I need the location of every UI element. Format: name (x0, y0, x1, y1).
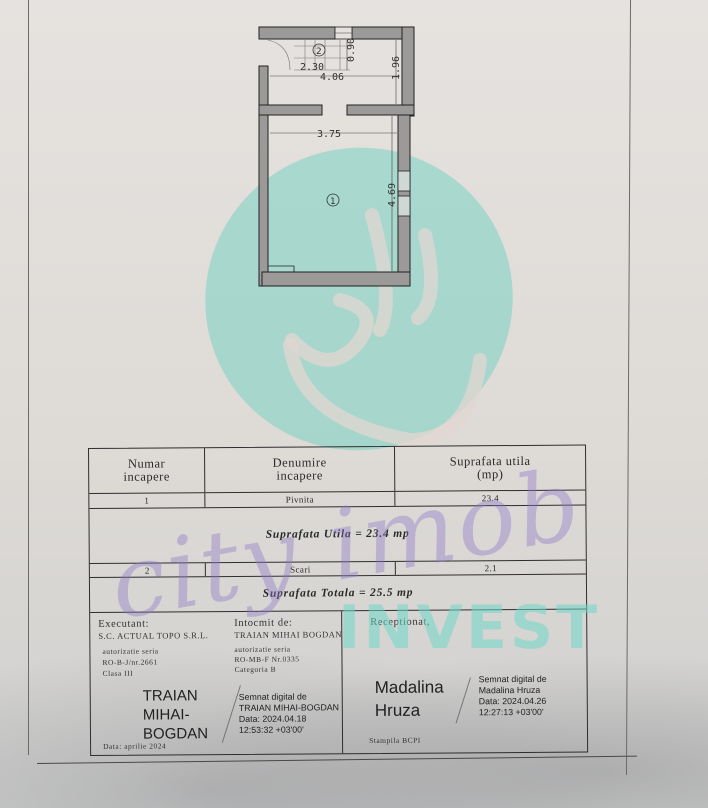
room-2-label: 2 (316, 47, 322, 57)
executant-class: Clasa III (103, 668, 134, 679)
intocmit-name: TRAIAN MIHAI BOGDAN (234, 629, 342, 641)
intocmit-category: Categoria B (235, 664, 277, 675)
executant-auth-number: RO-B-J/nr.2661 (102, 657, 157, 668)
watermark-brand-invest: INVEST (338, 598, 600, 658)
intocmit-block: Intocmit de: TRAIAN MIHAI BOGDAN autoriz… (214, 611, 343, 754)
receptionat-digital-line4: 12:27:13 +03'00' (479, 707, 544, 719)
row-1-number: 1 (89, 493, 205, 508)
floor-plan: 2.30 4.06 3.75 0.90 1.96 4.69 2 1 (0, 0, 708, 300)
signature-stroke (456, 677, 471, 723)
executant-auth-label: autorizatie seria (102, 646, 158, 657)
dim-hall-depth: 1.96 (391, 56, 402, 80)
room-1-label: 1 (330, 197, 336, 207)
receptionat-stamp: Stampila BCPI (369, 735, 421, 746)
receptionat-signer-line1: Madalina (375, 677, 444, 699)
intocmit-digital-line4: 12:53:32 +03'00' (239, 725, 304, 737)
dim-stair-depth: 0.90 (346, 38, 357, 62)
executant-date: Data: aprilie 2024 (103, 740, 166, 751)
dim-room-depth: 4.69 (387, 183, 398, 207)
executant-signer-line2: MIHAI- (143, 705, 190, 724)
dim-hall-width: 4.06 (320, 72, 344, 83)
dim-room-width: 3.75 (317, 129, 341, 140)
executant-signer-line1: TRAIAN (143, 686, 198, 705)
receptionat-signer-line2: Hruza (375, 700, 421, 722)
header-number: Numar incapere (89, 448, 205, 493)
